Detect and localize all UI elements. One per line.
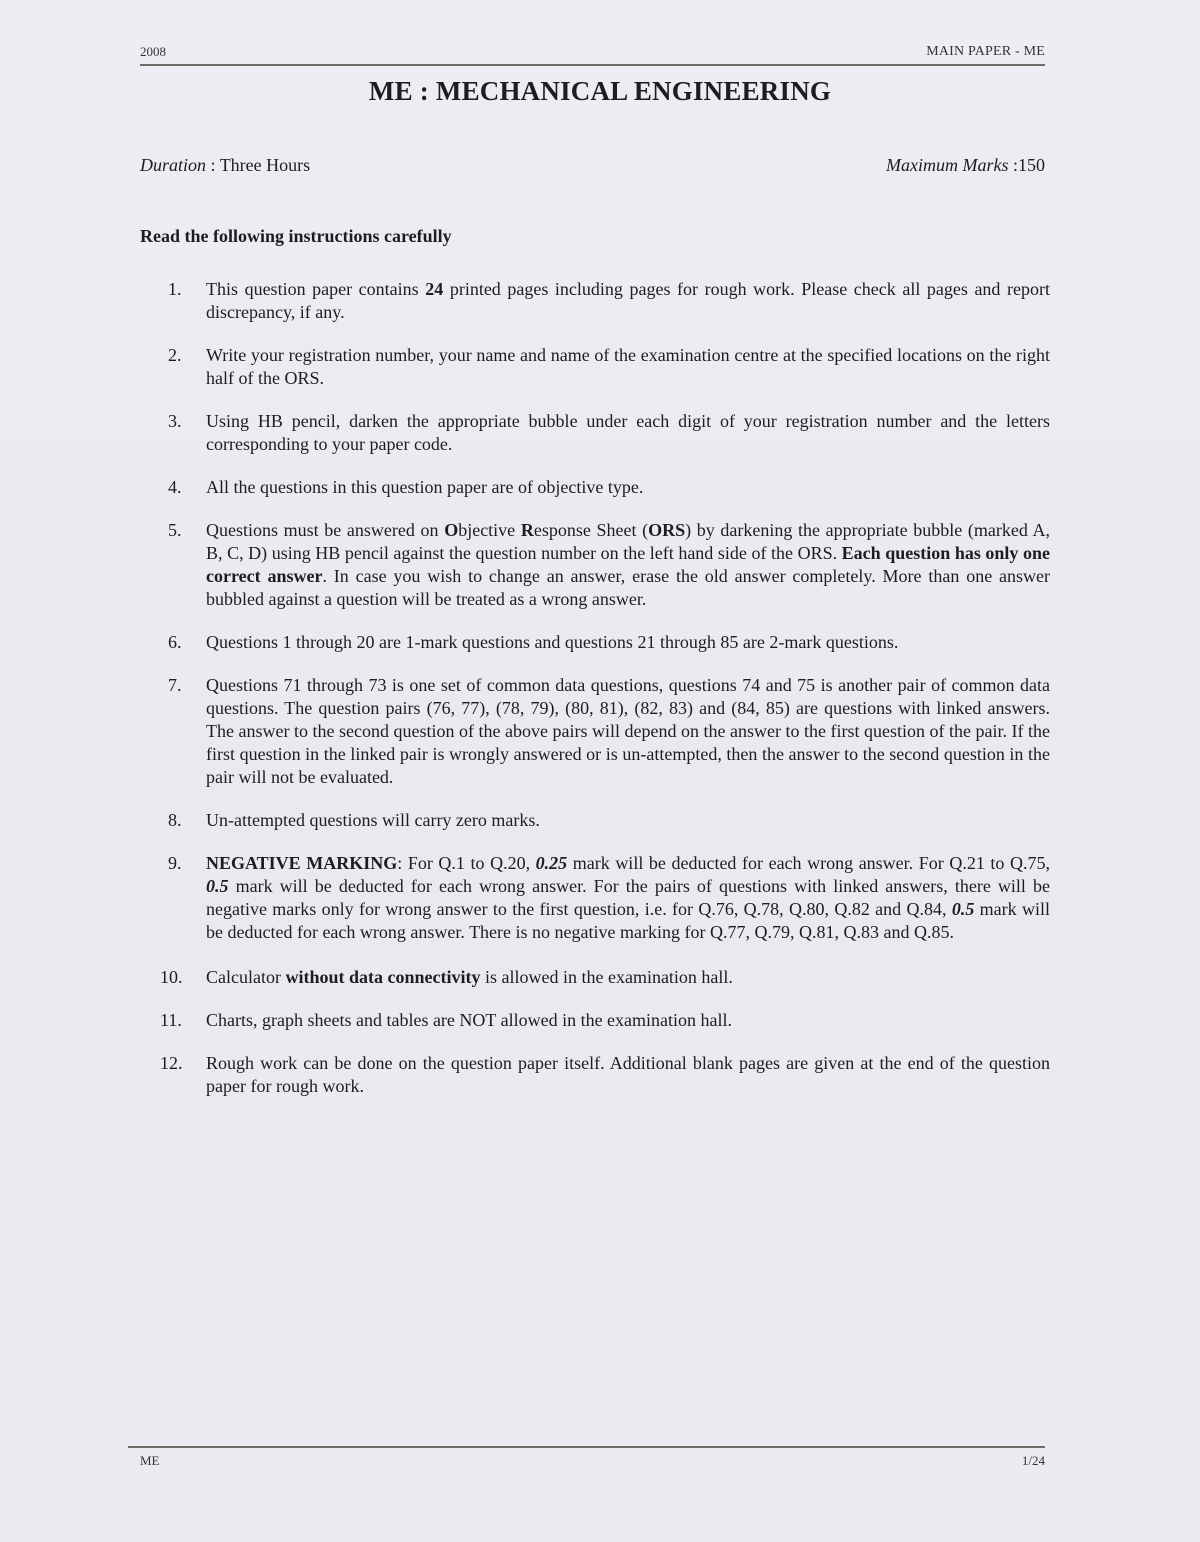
duration: Duration : Three Hours <box>140 155 310 176</box>
instruction-item: 12.Rough work can be done on the questio… <box>140 1052 1050 1098</box>
instruction-item: 1.This question paper contains 24 printe… <box>140 278 1050 324</box>
instruction-item: 11.Charts, graph sheets and tables are N… <box>140 1009 1050 1032</box>
instruction-item: 5.Questions must be answered on Objectiv… <box>140 519 1050 611</box>
instruction-item: 7.Questions 71 through 73 is one set of … <box>140 674 1050 789</box>
question-paper-page: 2008 MAIN PAPER - ME ME : MECHANICAL ENG… <box>0 0 1200 1542</box>
instruction-item: 2.Write your registration number, your n… <box>140 344 1050 390</box>
max-marks-label: Maximum Marks <box>886 155 1008 175</box>
duration-value: : Three Hours <box>206 155 310 175</box>
instruction-item: 3.Using HB pencil, darken the appropriat… <box>140 410 1050 456</box>
instruction-item: 9.NEGATIVE MARKING: For Q.1 to Q.20, 0.2… <box>140 852 1050 944</box>
instruction-item: 6.Questions 1 through 20 are 1-mark ques… <box>140 631 1050 654</box>
header-paper-label: MAIN PAPER - ME <box>926 44 1045 60</box>
instructions-heading: Read the following instructions carefull… <box>140 226 452 247</box>
maximum-marks: Maximum Marks :150 <box>886 155 1045 176</box>
footer-rule <box>128 1446 1045 1448</box>
duration-label: Duration <box>140 155 206 175</box>
footer-page-number: 1/24 <box>1022 1453 1045 1469</box>
instruction-item: 8.Un-attempted questions will carry zero… <box>140 809 1050 832</box>
instruction-item: 10.Calculator without data connectivity … <box>140 966 1050 989</box>
page-title: ME : MECHANICAL ENGINEERING <box>0 76 1200 107</box>
max-marks-value: :150 <box>1008 155 1045 175</box>
instructions-list: 1.This question paper contains 24 printe… <box>140 278 1050 1098</box>
header-rule <box>140 64 1045 66</box>
instruction-item: 4.All the questions in this question pap… <box>140 476 1050 499</box>
page-header: 2008 MAIN PAPER - ME <box>140 44 1045 66</box>
header-year: 2008 <box>140 44 166 60</box>
footer-paper-code: ME <box>140 1453 160 1469</box>
